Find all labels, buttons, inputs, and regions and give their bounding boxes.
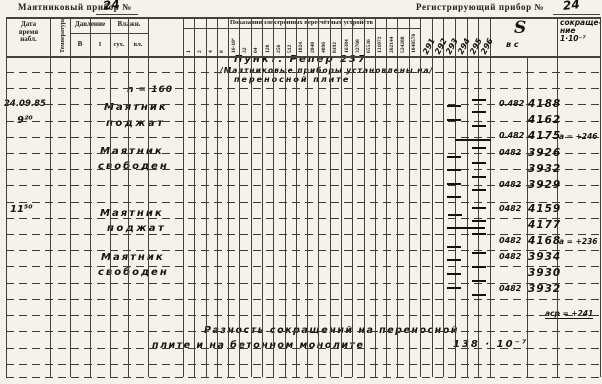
grid-vline [397, 17, 398, 377]
column-header-humidity-dry: сух. [110, 41, 128, 48]
grid-vline [183, 17, 184, 377]
column-header-humidity-wet: вл. [128, 41, 148, 48]
counter-tick-mark [472, 207, 486, 209]
counter-tick-mark [472, 220, 486, 222]
s-value-prefix: 0.482 [499, 132, 526, 140]
counter-column-label: 1024 [298, 42, 304, 53]
counter-tick-mark [472, 280, 486, 282]
counter-column-label: 256 [276, 45, 282, 53]
s-value: 4159 [528, 204, 561, 215]
grid-vline [478, 17, 479, 377]
counter-tick-mark [447, 259, 461, 261]
counter-tick-mark [472, 176, 486, 178]
counter-column-label: 16384 [344, 39, 350, 53]
counter-column-label: 131072 [377, 37, 383, 54]
pendulum-instrument-number: 24 [102, 0, 120, 12]
grid-vline [364, 17, 365, 377]
grid-vline [251, 17, 252, 377]
grid-hline [6, 56, 601, 58]
grid-hline [6, 88, 601, 89]
counter-column-label: 8192 [332, 42, 338, 53]
s-value: 3929 [528, 180, 561, 191]
counter-column-label: 1048576 [411, 34, 417, 53]
counter-tick-mark [472, 125, 486, 127]
station-note-line1: /Маятниковые приборы установлены на/ [220, 67, 433, 75]
counters-group-title: Показания электронных пересчётных устрой… [183, 19, 420, 26]
grid-vline [467, 17, 468, 377]
grid-vline [148, 17, 149, 377]
s-value: 4175 [528, 131, 561, 142]
grid-vline [375, 17, 376, 377]
s-value-prefix: 0482 [499, 237, 526, 245]
counter-tick-mark [455, 139, 491, 141]
column-header-temperature: Температура [60, 18, 67, 53]
recording-instrument-label: Регистрирующий прибор № [416, 3, 544, 13]
grid-hline [6, 121, 601, 122]
counter-tick-mark [447, 246, 461, 248]
pendulum-state-2b: свободен [98, 162, 169, 173]
s-value-prefix: 0482 [499, 285, 526, 293]
counter-tick-mark [447, 227, 485, 229]
s-value: 3930 [528, 268, 561, 279]
grid-hline [6, 364, 601, 365]
counter-tick-mark [472, 266, 486, 268]
grid-hline [6, 17, 601, 19]
counter-tick-mark [448, 214, 462, 216]
counter-column-label: 65536 [366, 39, 372, 53]
s-value: 3934 [528, 252, 561, 263]
s-value: 3932 [528, 284, 561, 295]
counter-tick-mark [472, 233, 486, 235]
grid-vline [386, 17, 387, 377]
grid-hline [183, 28, 420, 29]
grid-vline [443, 17, 444, 377]
grid-vline [70, 17, 71, 377]
counter-column-label: 16·10⁴ [231, 39, 237, 53]
counter-column-label: 32768 [355, 39, 361, 53]
s-value: 4162 [528, 115, 561, 126]
column-header-reduction: сокраще- ние 1·10⁻⁷ [560, 19, 602, 43]
counter-column-label: 4 [208, 50, 214, 53]
counter-column-label: 8 [219, 50, 225, 53]
grid-vline [50, 17, 51, 377]
grid-vline [90, 17, 91, 377]
grid-hline [6, 202, 601, 203]
grid-vline [262, 17, 263, 377]
counter-tick-mark [472, 189, 486, 191]
grid-vline [318, 17, 319, 377]
counter-tick-mark [472, 162, 486, 164]
counter-tick-mark [472, 147, 486, 149]
grid-vline [110, 17, 111, 377]
column-header-date: Дата время набл. [8, 21, 49, 44]
counter-column-label: 2048 [310, 42, 316, 53]
grid-vline [557, 17, 558, 377]
grid-vline [432, 17, 433, 377]
grid-vline [128, 17, 129, 377]
recording-instrument-number: 24 [562, 0, 580, 12]
s-value-prefix: 0482 [499, 253, 526, 261]
counter-tick-mark [447, 273, 461, 275]
counter-column-label: 262144 [389, 37, 395, 54]
grid-hline [6, 315, 601, 316]
grid-hline [96, 14, 138, 15]
grid-vline [217, 17, 218, 377]
scanned-journal-page: Маятниковый прибор № 24 Регистрирующий п… [0, 0, 602, 384]
grid-hline [6, 348, 601, 349]
grid-hline [6, 234, 601, 235]
grid-vline [6, 17, 7, 377]
pendulum-state-4b: свободен [98, 268, 169, 279]
counter-column-label: 1 [186, 50, 192, 53]
counter-tick-mark [447, 156, 461, 158]
counter-tick-mark [472, 252, 486, 254]
grid-hline [6, 331, 601, 332]
counter-column-label: 32 [242, 48, 248, 54]
grid-hline [6, 72, 601, 73]
grid-vline [296, 17, 297, 377]
grid-vline [600, 17, 601, 377]
counter-column-label: 524288 [400, 37, 406, 54]
grid-vline [194, 17, 195, 377]
column-header-s: S [514, 20, 526, 38]
s-value-prefix: 0482 [499, 205, 526, 213]
s-value-prefix: 0.482 [499, 100, 526, 108]
counter-tick-mark [447, 287, 461, 289]
s-value: 4177 [528, 220, 561, 231]
counter-tick-mark [472, 294, 486, 296]
column-header-s-unit: в с [506, 41, 519, 49]
grid-hline [553, 14, 600, 15]
grid-hline [6, 377, 601, 378]
s-value: 4168 [528, 236, 561, 247]
grid-vline [228, 17, 229, 377]
grid-vline [330, 17, 331, 377]
grid-vline [341, 17, 342, 377]
grid-hline [6, 218, 601, 219]
grid-hline [6, 169, 601, 170]
grid-hline [70, 33, 148, 34]
counter-column-label: 4096 [321, 42, 327, 53]
grid-hline [6, 250, 601, 251]
grid-vline [273, 17, 274, 377]
grid-hline [6, 266, 601, 267]
s-value-prefix: 0482 [499, 149, 526, 157]
session2-time: 11⁵⁰ [10, 205, 33, 216]
grid-vline [490, 17, 491, 377]
s-value: 3926 [528, 148, 561, 159]
grid-vline [285, 17, 286, 377]
column-header-humidity: Влажн. [110, 21, 148, 29]
counter-tick-mark [447, 119, 461, 121]
counter-column-label: 64 [253, 48, 259, 54]
counter-tick-mark [447, 183, 461, 185]
counter-tick-mark [472, 99, 486, 101]
counter-column-label: 2 [197, 50, 203, 53]
column-header-pressure-t: t [90, 41, 110, 49]
grid-vline [206, 17, 207, 377]
counter-column-label: 128 [265, 45, 271, 53]
counter-column-label: 512 [287, 45, 293, 53]
grid-vline [307, 17, 308, 377]
column-header-pressure-b: В [70, 41, 90, 49]
grid-vline [352, 17, 353, 377]
s-value: 4188 [528, 99, 561, 110]
grid-vline [239, 17, 240, 377]
margin-note-a2: а = +236 [559, 238, 598, 246]
s-value-prefix: 0482 [499, 181, 526, 189]
grid-vline [409, 17, 410, 377]
counter-tick-mark [472, 111, 486, 113]
counter-tick-mark [447, 169, 461, 171]
grid-vline [420, 17, 421, 377]
counter-tick-mark [447, 196, 461, 198]
s-value: 3932 [528, 164, 561, 175]
counter-tick-mark [447, 105, 461, 107]
grid-hline [6, 299, 601, 300]
pendulum-state-3b: поджат [107, 224, 166, 235]
